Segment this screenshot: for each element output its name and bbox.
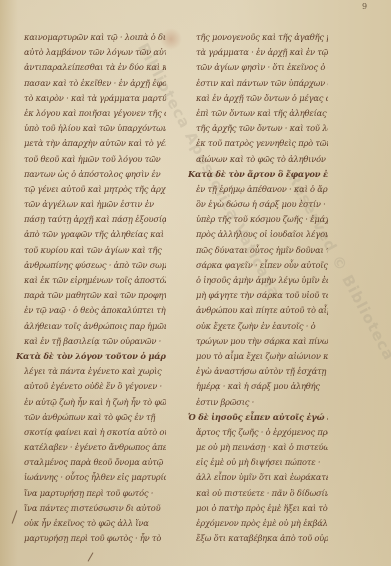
text-line: ἡμέρᾳ · καὶ ἡ σάρξ μου ἀληθής [196, 379, 328, 394]
text-line: παρὰ τῶν μαθητῶν καὶ τῶν προφητῶν [24, 288, 166, 303]
text-line: καὶ ἐκ τῶν εἰρημένων τοῖς ἀποστόλοις [24, 273, 166, 288]
text-line: ἰωάννης · οὗτος ἦλθεν εἰς μαρτυρίαν [24, 470, 166, 485]
text-line: ὑπὸ τοῦ ἡλίου καὶ τῶν ὑπαρχόντων τῶν [24, 121, 166, 136]
text-line: αὐτὸ λαμβάνον τῶν λόγων τῶν αὐτῶν μετὰ [24, 45, 166, 60]
text-line: ἐν τῷ ναῷ · ὁ θεὸς ἀποκαλύπτει τὴν [24, 303, 166, 318]
text-line: πάσῃ ταύτῃ ἀρχῇ καὶ πάσῃ ἐξουσίᾳ [24, 212, 166, 227]
text-line: ἐν τῇ ἐρήμῳ ἀπέθανον · καὶ ὁ ἄρτος [196, 182, 328, 197]
text-line: τρώγων μου τὴν σάρκα καὶ πίνων [196, 334, 328, 349]
text-line: Ὁ δὲ ἰησοῦς εἶπεν αὐτοῖς ἐγώ εἰμι ὁ [188, 410, 328, 425]
text-line: ἀλήθειαν τοῖς ἀνθρώποις παρ ἡμῶν [24, 319, 166, 334]
text-line: σταλμένος παρὰ θεοῦ ὄνομα αὐτῷ [24, 455, 166, 470]
text-line: τῆς μονογενοῦς καὶ τῆς ἀγαθῆς μαρτυρίας [196, 30, 328, 45]
text-line: ἀπὸ τῶν γραφῶν τῆς ἀληθείας καὶ τῶν [24, 227, 166, 242]
text-line: κατέλαβεν · ἐγένετο ἄνθρωπος ἀπε [24, 440, 166, 455]
text-line: μοι ὁ πατὴρ πρὸς ἐμὲ ἥξει καὶ τὸν [196, 501, 328, 516]
text-line: αἰώνων καὶ τὸ φῶς τὸ ἀληθινόν · [196, 152, 328, 167]
text-line: Κατὰ δὲ τὸν λόγον τοῦτον ὁ μάρτυς [16, 349, 166, 364]
text-line: τῶν ἀγγέλων καὶ ἡμῶν ἐστιν ἐν [24, 197, 166, 212]
text-line: ἐπὶ τῶν ὄντων καὶ τῆς ἀληθείας ἐκ [196, 106, 328, 121]
text-line: ὃν ἐγὼ δώσω ἡ σάρξ μου ἐστίν · [196, 197, 328, 212]
text-line: ἵνα μαρτυρήσῃ περὶ τοῦ φωτός · [24, 486, 166, 501]
text-line: μὴ φάγητε τὴν σάρκα τοῦ υἱοῦ τοῦ [196, 288, 328, 303]
text-line: μου τὸ αἷμα ἔχει ζωὴν αἰώνιον καὶ [196, 349, 328, 364]
text-line: πρὸς ἀλλήλους οἱ ἰουδαῖοι λέγοντες [196, 227, 328, 242]
text-line: ἐστιν βρῶσις · [196, 395, 328, 410]
text-line: σάρκα φαγεῖν · εἶπεν οὖν αὐτοῖς [196, 258, 328, 273]
text-line: ἵνα πάντες πιστεύσωσιν δι αὐτοῦ [24, 501, 166, 516]
text-line: αὐτοῦ ἐγένετο οὐδὲ ἕν ὃ γέγονεν · [24, 379, 166, 394]
text-line: τοῦ θεοῦ καὶ ἡμῶν τοῦ λόγου τῶν [24, 152, 166, 167]
text-line: τῶν ἀνθρώπων καὶ τὸ φῶς ἐν τῇ [24, 410, 166, 425]
text-line: μετὰ τὴν ἀπαρχὴν αὐτῶν καὶ τὸ γένος [24, 136, 166, 151]
text-line: ἐστιν καὶ πάντων τῶν ὑπάρχων αὐτοῦ [196, 76, 328, 91]
text-line: ὑπὲρ τῆς τοῦ κόσμου ζωῆς · ἐμάχοντο [196, 212, 328, 227]
left-text-column: καινομαρτυρῶν καὶ τῷ · λοιπὰ ὁ διόφερεῖν… [24, 30, 166, 546]
text-line: πασαν καὶ τὸ ἐκεῖθεν · ἐν ἀρχῇ ἐφορμήν [24, 76, 166, 91]
text-line: ἐκ λόγου καὶ ποιῆσαι γέγονεν τῆς ἀρχῆς [24, 106, 166, 121]
text-line: οὐκ ἔχετε ζωὴν ἐν ἑαυτοῖς · ὁ [196, 319, 328, 334]
text-line: λέγει τὰ πάντα ἐγένετο καὶ χωρὶς [24, 364, 166, 379]
text-line: τῆς ἀρχῆς τῶν ὄντων · καὶ τοῦ λόγου [196, 121, 328, 136]
text-line: ἐρχόμενον πρὸς ἐμὲ οὐ μὴ ἐκβάλω · [196, 516, 328, 531]
text-line: καινομαρτυρῶν καὶ τῷ · λοιπὰ ὁ διόφερεῖν… [24, 30, 166, 45]
text-line: εἰς ἐμὲ οὐ μὴ διψήσει πώποτε · [196, 455, 328, 470]
text-line: ἀνθρωπίνης φύσεως · ἀπὸ τῶν σωμάτων [24, 258, 166, 273]
text-line: ὁ ἰησοῦς ἀμὴν ἀμὴν λέγω ὑμῖν ἐὰν [196, 273, 328, 288]
text-line: ἀλλ εἶπον ὑμῖν ὅτι καὶ ἑωράκατέ με [196, 470, 328, 485]
text-line: τὰ γράμματα · ἐν ἀρχῇ καὶ ἐν τῷ τέλει [196, 45, 328, 60]
text-line: παντων ὡς ὁ ἀπόστολος φησὶν ἐν [24, 167, 166, 182]
text-line: τῷ γένει αὐτοῦ καὶ μητρὸς τῆς ἀρχῆς [24, 182, 166, 197]
margin-pen-stroke [88, 552, 94, 561]
text-line: ἐγὼ ἀναστήσω αὐτὸν τῇ ἐσχάτῃ [196, 364, 328, 379]
text-line: τὸ καιρὸν · καὶ τὰ γράμματα μαρτύριον [24, 91, 166, 106]
text-line: καὶ ἐν ἀρχῇ τῶν ὄντων ὁ μέγας ἀναστάς [196, 91, 328, 106]
text-line: ἔξω ὅτι καταβέβηκα ἀπὸ τοῦ οὐρανοῦ · [196, 531, 328, 546]
text-line: ἀνθρώπου καὶ πίητε αὐτοῦ τὸ αἷμα [196, 303, 328, 318]
margin-pen-stroke [12, 510, 18, 523]
text-line: ἄρτος τῆς ζωῆς · ὁ ἐρχόμενος πρός [196, 425, 328, 440]
text-line: ἐν αὐτῷ ζωὴ ἦν καὶ ἡ ζωὴ ἦν τὸ φῶς [24, 395, 166, 410]
text-line: οὐκ ἦν ἐκεῖνος τὸ φῶς ἀλλ ἵνα [24, 516, 166, 531]
manuscript-page: 9 Biblioteca Apostolica Vaticana Reserve… [0, 0, 391, 566]
text-line: τῶν ἀγίων φησὶν · ὅτι ἐκεῖνος ὁ θεός [196, 60, 328, 75]
text-line: ἀντιπαραλείπεσθαι τὰ ἐν δύο καὶ κατὰ [24, 60, 166, 75]
text-line: καὶ ἐν τῇ βασιλείᾳ τῶν οὐρανῶν · [24, 334, 166, 349]
right-text-column: τῆς μονογενοῦς καὶ τῆς ἀγαθῆς μαρτυρίαςτ… [196, 30, 328, 546]
text-line: πῶς δύναται οὗτος ἡμῖν δοῦναι τὴν [196, 243, 328, 258]
text-line: μαρτυρήσῃ περὶ τοῦ φωτὸς · ἦν τὸ [24, 531, 166, 546]
text-line: με οὐ μὴ πεινάσῃ · καὶ ὁ πιστεύων [196, 440, 328, 455]
folio-number: 9 [362, 2, 367, 11]
text-line: σκοτίᾳ φαίνει καὶ ἡ σκοτία αὐτὸ οὐ [24, 425, 166, 440]
text-line: ἐκ τοῦ πατρὸς γεννηθεὶς πρὸ τῶν [196, 136, 328, 151]
text-line: τοῦ κυρίου καὶ τῶν ἁγίων καὶ τῆς [24, 243, 166, 258]
text-line: καὶ οὐ πιστεύετε · πᾶν ὃ δίδωσίν [196, 486, 328, 501]
text-line: Κατὰ δὲ τὸν ἄρτον ὃ ἔφαγον ἐκεῖνοι [188, 167, 328, 182]
